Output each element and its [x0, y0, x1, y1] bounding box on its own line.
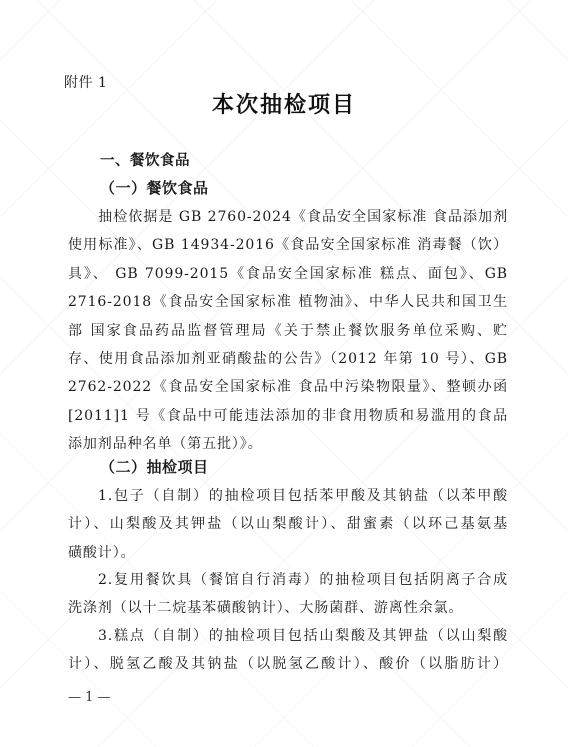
inspection-item-2: 2.复用餐饮具（餐馆自行消毒）的抽检项目包括阴离子合成 洗涤剂（以十二烷基苯磺酸…	[68, 566, 508, 623]
page-title: 本次抽检项目	[0, 88, 568, 119]
subsection-heading-catering-food: （一）餐饮食品	[100, 177, 209, 198]
inspection-basis-paragraph: 抽检依据是 GB 2760-2024《食品安全国家标准 食品添加剂 使用标准》、…	[68, 203, 508, 459]
page-number: — 1 —	[68, 690, 111, 705]
subsection-heading-inspection-items: （二）抽检项目	[100, 456, 209, 477]
section-heading-catering-food: 一、餐饮食品	[100, 149, 190, 170]
inspection-item-3: 3.糕点（自制）的抽检项目包括山梨酸及其钾盐（以山梨酸 计）、脱氢乙酸及其钠盐（…	[68, 622, 508, 679]
inspection-item-1: 1.包子（自制）的抽检项目包括苯甲酸及其钠盐（以苯甲酸 计）、山梨酸及其钾盐（以…	[68, 482, 508, 567]
